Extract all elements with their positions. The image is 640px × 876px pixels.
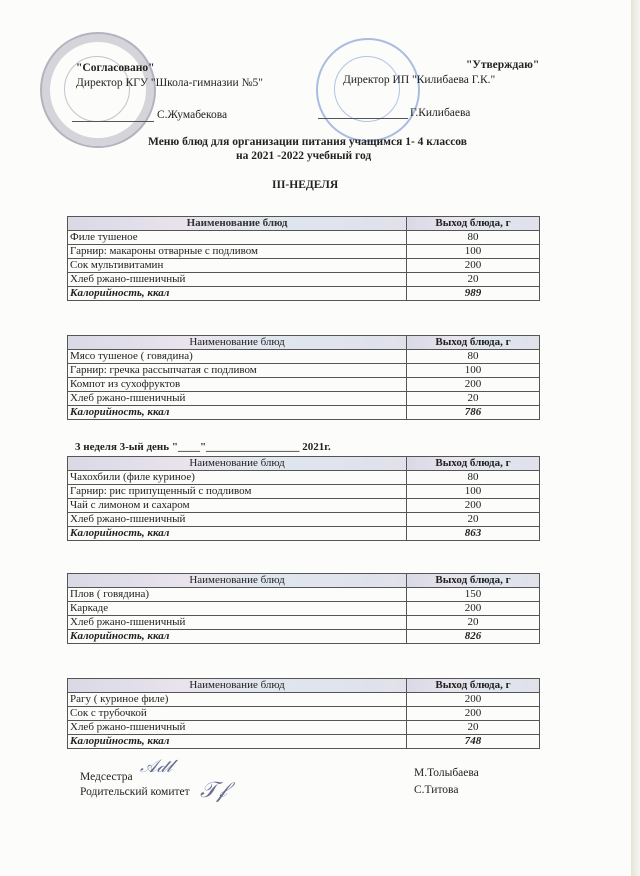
committee-signature: 𝒯𝒻 — [200, 778, 227, 803]
column-header-output: Выход блюда, г — [407, 217, 540, 231]
calorie-value: 863 — [407, 527, 540, 541]
table-row: Хлеб ржано-пшеничный20 — [68, 392, 540, 406]
calorie-value: 748 — [407, 735, 540, 749]
calorie-label: Калорийность, ккал — [68, 527, 407, 541]
dish-name: Мясо тушеное ( говядина) — [68, 350, 407, 364]
dish-output: 200 — [407, 499, 540, 513]
dish-name: Чахохбили (филе куриное) — [68, 471, 407, 485]
signature-line-right — [318, 118, 408, 119]
table-row: Хлеб ржано-пшеничный20 — [68, 721, 540, 735]
dish-output: 200 — [407, 602, 540, 616]
column-header-output: Выход блюда, г — [407, 457, 540, 471]
document-subtitle: на 2021 -2022 учебный год — [236, 150, 371, 162]
document-title: Меню блюд для организации питания учащим… — [148, 136, 467, 148]
table-row: Гарнир: гречка рассыпчатая с подливом100 — [68, 364, 540, 378]
column-header-name: Наименование блюд — [68, 679, 407, 693]
column-header-output: Выход блюда, г — [407, 336, 540, 350]
table-row: Филе тушеное80 — [68, 231, 540, 245]
table-row: Чахохбили (филе куриное)80 — [68, 471, 540, 485]
calorie-row: Калорийность, ккал989 — [68, 287, 540, 301]
calorie-value: 826 — [407, 630, 540, 644]
week-heading: III-НЕДЕЛЯ — [272, 179, 338, 191]
table-row: Хлеб ржано-пшеничный20 — [68, 273, 540, 287]
dish-output: 80 — [407, 231, 540, 245]
page-edge — [631, 0, 640, 876]
table-row: Каркаде200 — [68, 602, 540, 616]
table-row: Плов ( говядина)150 — [68, 588, 540, 602]
nurse-signature: 𝒜𝒹𝓁 — [140, 756, 172, 777]
dish-name: Филе тушеное — [68, 231, 407, 245]
dish-output: 200 — [407, 693, 540, 707]
menu-table-day-4: Наименование блюдВыход блюда, г Плов ( г… — [67, 573, 540, 644]
table-row: Мясо тушеное ( говядина)80 — [68, 350, 540, 364]
menu-table-day-2: Наименование блюдВыход блюда, г Мясо туш… — [67, 335, 540, 420]
dish-output: 80 — [407, 350, 540, 364]
approval-left-signer: С.Жумабекова — [157, 109, 227, 121]
table-row: Рагу ( куриное филе)200 — [68, 693, 540, 707]
dish-name: Хлеб ржано-пшеничный — [68, 616, 407, 630]
dish-output: 20 — [407, 273, 540, 287]
table-row: Сок мультивитамин200 — [68, 259, 540, 273]
calorie-row: Калорийность, ккал863 — [68, 527, 540, 541]
table-row: Гарнир: макароны отварные с подливом100 — [68, 245, 540, 259]
column-header-output: Выход блюда, г — [407, 679, 540, 693]
dish-output: 20 — [407, 513, 540, 527]
menu-table-day-5: Наименование блюдВыход блюда, г Рагу ( к… — [67, 678, 540, 749]
calorie-row: Калорийность, ккал786 — [68, 406, 540, 420]
dish-output: 200 — [407, 378, 540, 392]
approval-right-title: "Утверждаю" — [466, 59, 539, 71]
calorie-label: Калорийность, ккал — [68, 406, 407, 420]
dish-output: 100 — [407, 485, 540, 499]
table-row: Гарнир: рис припущенный с подливом100 — [68, 485, 540, 499]
calorie-label: Калорийность, ккал — [68, 735, 407, 749]
table-row: Чай с лимоном и сахаром200 — [68, 499, 540, 513]
menu-table-day-1: Наименование блюдВыход блюда, г Филе туш… — [67, 216, 540, 301]
dish-name: Сок с трубочкой — [68, 707, 407, 721]
dish-name: Хлеб ржано-пшеничный — [68, 721, 407, 735]
dish-output: 100 — [407, 364, 540, 378]
calorie-value: 989 — [407, 287, 540, 301]
menu-table-day-3: Наименование блюдВыход блюда, г Чахохбил… — [67, 456, 540, 541]
table-row: Хлеб ржано-пшеничный20 — [68, 616, 540, 630]
approval-right-position: Директор ИП "Килибаева Г.К." — [343, 74, 495, 86]
dish-output: 100 — [407, 245, 540, 259]
column-header-name: Наименование блюд — [68, 217, 407, 231]
column-header-name: Наименование блюд — [68, 457, 407, 471]
column-header-name: Наименование блюд — [68, 574, 407, 588]
table-row: Хлеб ржано-пшеничный20 — [68, 513, 540, 527]
dish-output: 200 — [407, 707, 540, 721]
committee-label: Родительский комитет — [80, 786, 190, 798]
calorie-value: 786 — [407, 406, 540, 420]
column-header-output: Выход блюда, г — [407, 574, 540, 588]
day-3-label: 3 неделя 3-ый день "____"_______________… — [75, 441, 331, 453]
dish-name: Рагу ( куриное филе) — [68, 693, 407, 707]
calorie-label: Калорийность, ккал — [68, 287, 407, 301]
dish-output: 150 — [407, 588, 540, 602]
committee-name: С.Титова — [414, 784, 458, 796]
dish-output: 20 — [407, 392, 540, 406]
dish-name: Гарнир: рис припущенный с подливом — [68, 485, 407, 499]
approval-left-position: Директор КГУ "Школа-гимназии №5" — [76, 77, 263, 89]
dish-output: 80 — [407, 471, 540, 485]
approval-left-title: "Согласовано" — [76, 62, 155, 74]
dish-name: Гарнир: макароны отварные с подливом — [68, 245, 407, 259]
calorie-row: Калорийность, ккал826 — [68, 630, 540, 644]
column-header-name: Наименование блюд — [68, 336, 407, 350]
dish-output: 20 — [407, 616, 540, 630]
approval-right-signer: Г.Килибаева — [410, 107, 470, 119]
signature-line-left — [72, 121, 154, 122]
table-row: Сок с трубочкой200 — [68, 707, 540, 721]
dish-name: Гарнир: гречка рассыпчатая с подливом — [68, 364, 407, 378]
dish-output: 200 — [407, 259, 540, 273]
dish-name: Хлеб ржано-пшеничный — [68, 513, 407, 527]
dish-output: 20 — [407, 721, 540, 735]
dish-name: Компот из сухофруктов — [68, 378, 407, 392]
dish-name: Чай с лимоном и сахаром — [68, 499, 407, 513]
dish-name: Хлеб ржано-пшеничный — [68, 273, 407, 287]
calorie-row: Калорийность, ккал748 — [68, 735, 540, 749]
nurse-name: М.Толыбаева — [414, 767, 479, 779]
table-row: Компот из сухофруктов200 — [68, 378, 540, 392]
dish-name: Каркаде — [68, 602, 407, 616]
nurse-label: Медсестра — [80, 771, 133, 783]
dish-name: Сок мультивитамин — [68, 259, 407, 273]
dish-name: Плов ( говядина) — [68, 588, 407, 602]
calorie-label: Калорийность, ккал — [68, 630, 407, 644]
dish-name: Хлеб ржано-пшеничный — [68, 392, 407, 406]
